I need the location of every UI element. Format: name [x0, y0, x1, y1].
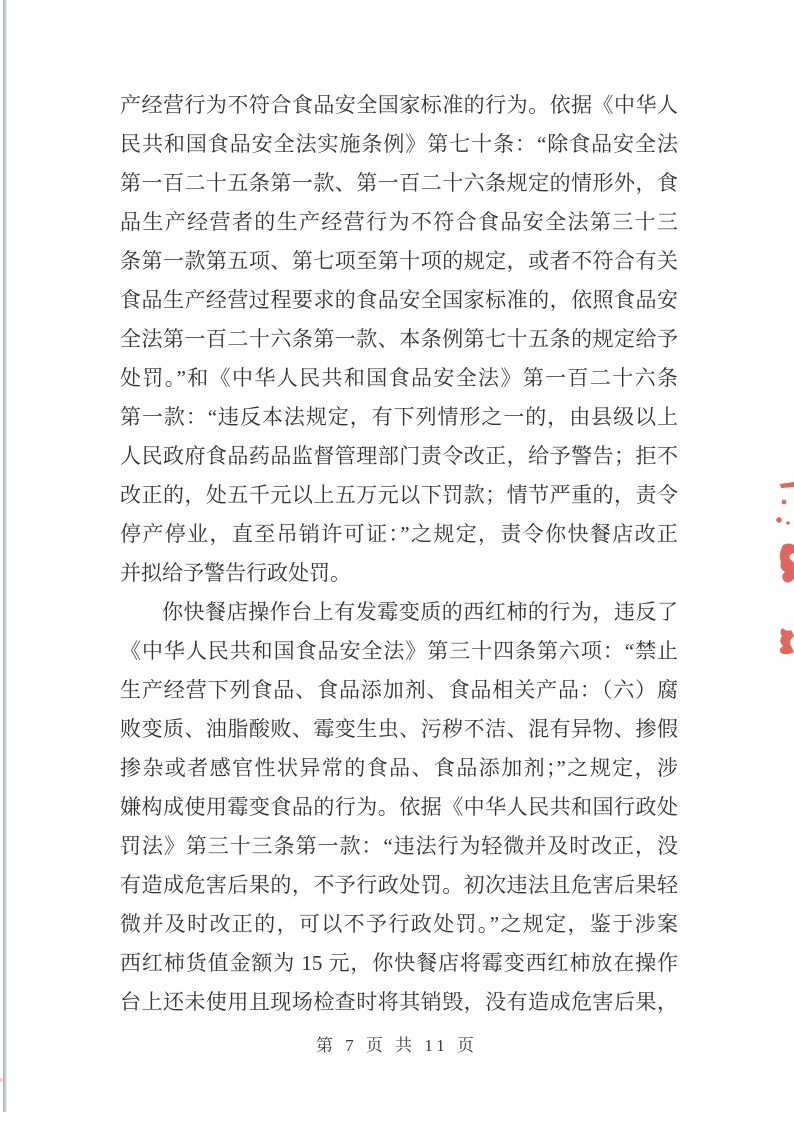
text-line: 微并及时改正的，可以不予行政处罚。”之规定，鉴于涉案 — [120, 905, 678, 944]
text-line: 掺杂或者感官性状异常的食品、食品添加剂；”之规定，涉 — [120, 749, 678, 788]
page-number-footer: 第 7 页 共 11 页 — [0, 1034, 794, 1058]
red-mark-squiggle — [780, 628, 794, 654]
paragraph: 产经营行为不符合食品安全国家标准的行为。依据《中华人 民共和国食品安全法实施条例… — [120, 86, 678, 593]
red-mark-dash — [780, 482, 794, 488]
scan-speck-artifact — [0, 1078, 4, 1082]
text-line: 民共和国食品安全法实施条例》第七十条：“除食品安全法 — [120, 125, 678, 164]
text-line: 改正的，处五千元以上五万元以下罚款；情节严重的，责令 — [120, 476, 678, 515]
text-line: 食品生产经营过程要求的食品安全国家标准的，依照食品安 — [120, 281, 678, 320]
text-line: 《中华人民共和国食品安全法》第三十四条第六项：“禁止 — [120, 632, 678, 671]
document-body: 产经营行为不符合食品安全国家标准的行为。依据《中华人 民共和国食品安全法实施条例… — [120, 86, 678, 1022]
text-line: 西红柿货值金额为 15 元，你快餐店将霉变西红柿放在操作 — [120, 944, 678, 983]
text-line: 条第一款第五项、第七项至第十项的规定，或者不符合有关 — [120, 242, 678, 281]
text-line: 你快餐店操作台上有发霉变质的西红柿的行为，违反了 — [120, 593, 678, 632]
text-line: 生产经营下列食品、食品添加剂、食品相关产品：（六）腐 — [120, 671, 678, 710]
red-mark-dot — [776, 517, 782, 523]
scan-edge-artifact — [3, 0, 7, 1112]
scanned-document-page: 产经营行为不符合食品安全国家标准的行为。依据《中华人 民共和国食品安全法实施条例… — [0, 0, 794, 1122]
text-line: 全法第一百二十六条第一款、本条例第七十五条的规定给予 — [120, 320, 678, 359]
paragraph: 你快餐店操作台上有发霉变质的西红柿的行为，违反了 《中华人民共和国食品安全法》第… — [120, 593, 678, 1022]
text-line: 停产停业，直至吊销许可证：”之规定，责令你快餐店改正 — [120, 515, 678, 554]
red-mark-blob — [780, 544, 794, 583]
text-line: 第一款：“违反本法规定，有下列情形之一的，由县级以上 — [120, 398, 678, 437]
text-line: 罚法》第三十三条第一款：“违法行为轻微并及时改正，没 — [120, 827, 678, 866]
text-line: 人民政府食品药品监督管理部门责令改正，给予警告；拒不 — [120, 437, 678, 476]
text-line: 有造成危害后果的，不予行政处罚。初次违法且危害后果轻 — [120, 866, 678, 905]
text-line: 败变质、油脂酸败、霉变生虫、污秽不洁、混有异物、掺假 — [120, 710, 678, 749]
text-line: 台上还未使用且现场检查时将其销毁，没有造成危害后果， — [120, 983, 678, 1022]
text-line: 第一百二十五条第一款、第一百二十六条规定的情形外，食 — [120, 164, 678, 203]
text-line: 品生产经营者的生产经营行为不符合食品安全法第三十三 — [120, 203, 678, 242]
red-mark-dot — [782, 500, 787, 505]
text-line: 产经营行为不符合食品安全国家标准的行为。依据《中华人 — [120, 86, 678, 125]
text-line: 处罚。”和《中华人民共和国食品安全法》第一百二十六条 — [120, 359, 678, 398]
text-line: 并拟给予警告行政处罚。 — [120, 554, 678, 593]
red-mark-dot — [786, 521, 790, 525]
text-line: 嫌构成使用霉变食品的行为。依据《中华人民共和国行政处 — [120, 788, 678, 827]
red-ink-stamp-fragment — [754, 470, 794, 700]
